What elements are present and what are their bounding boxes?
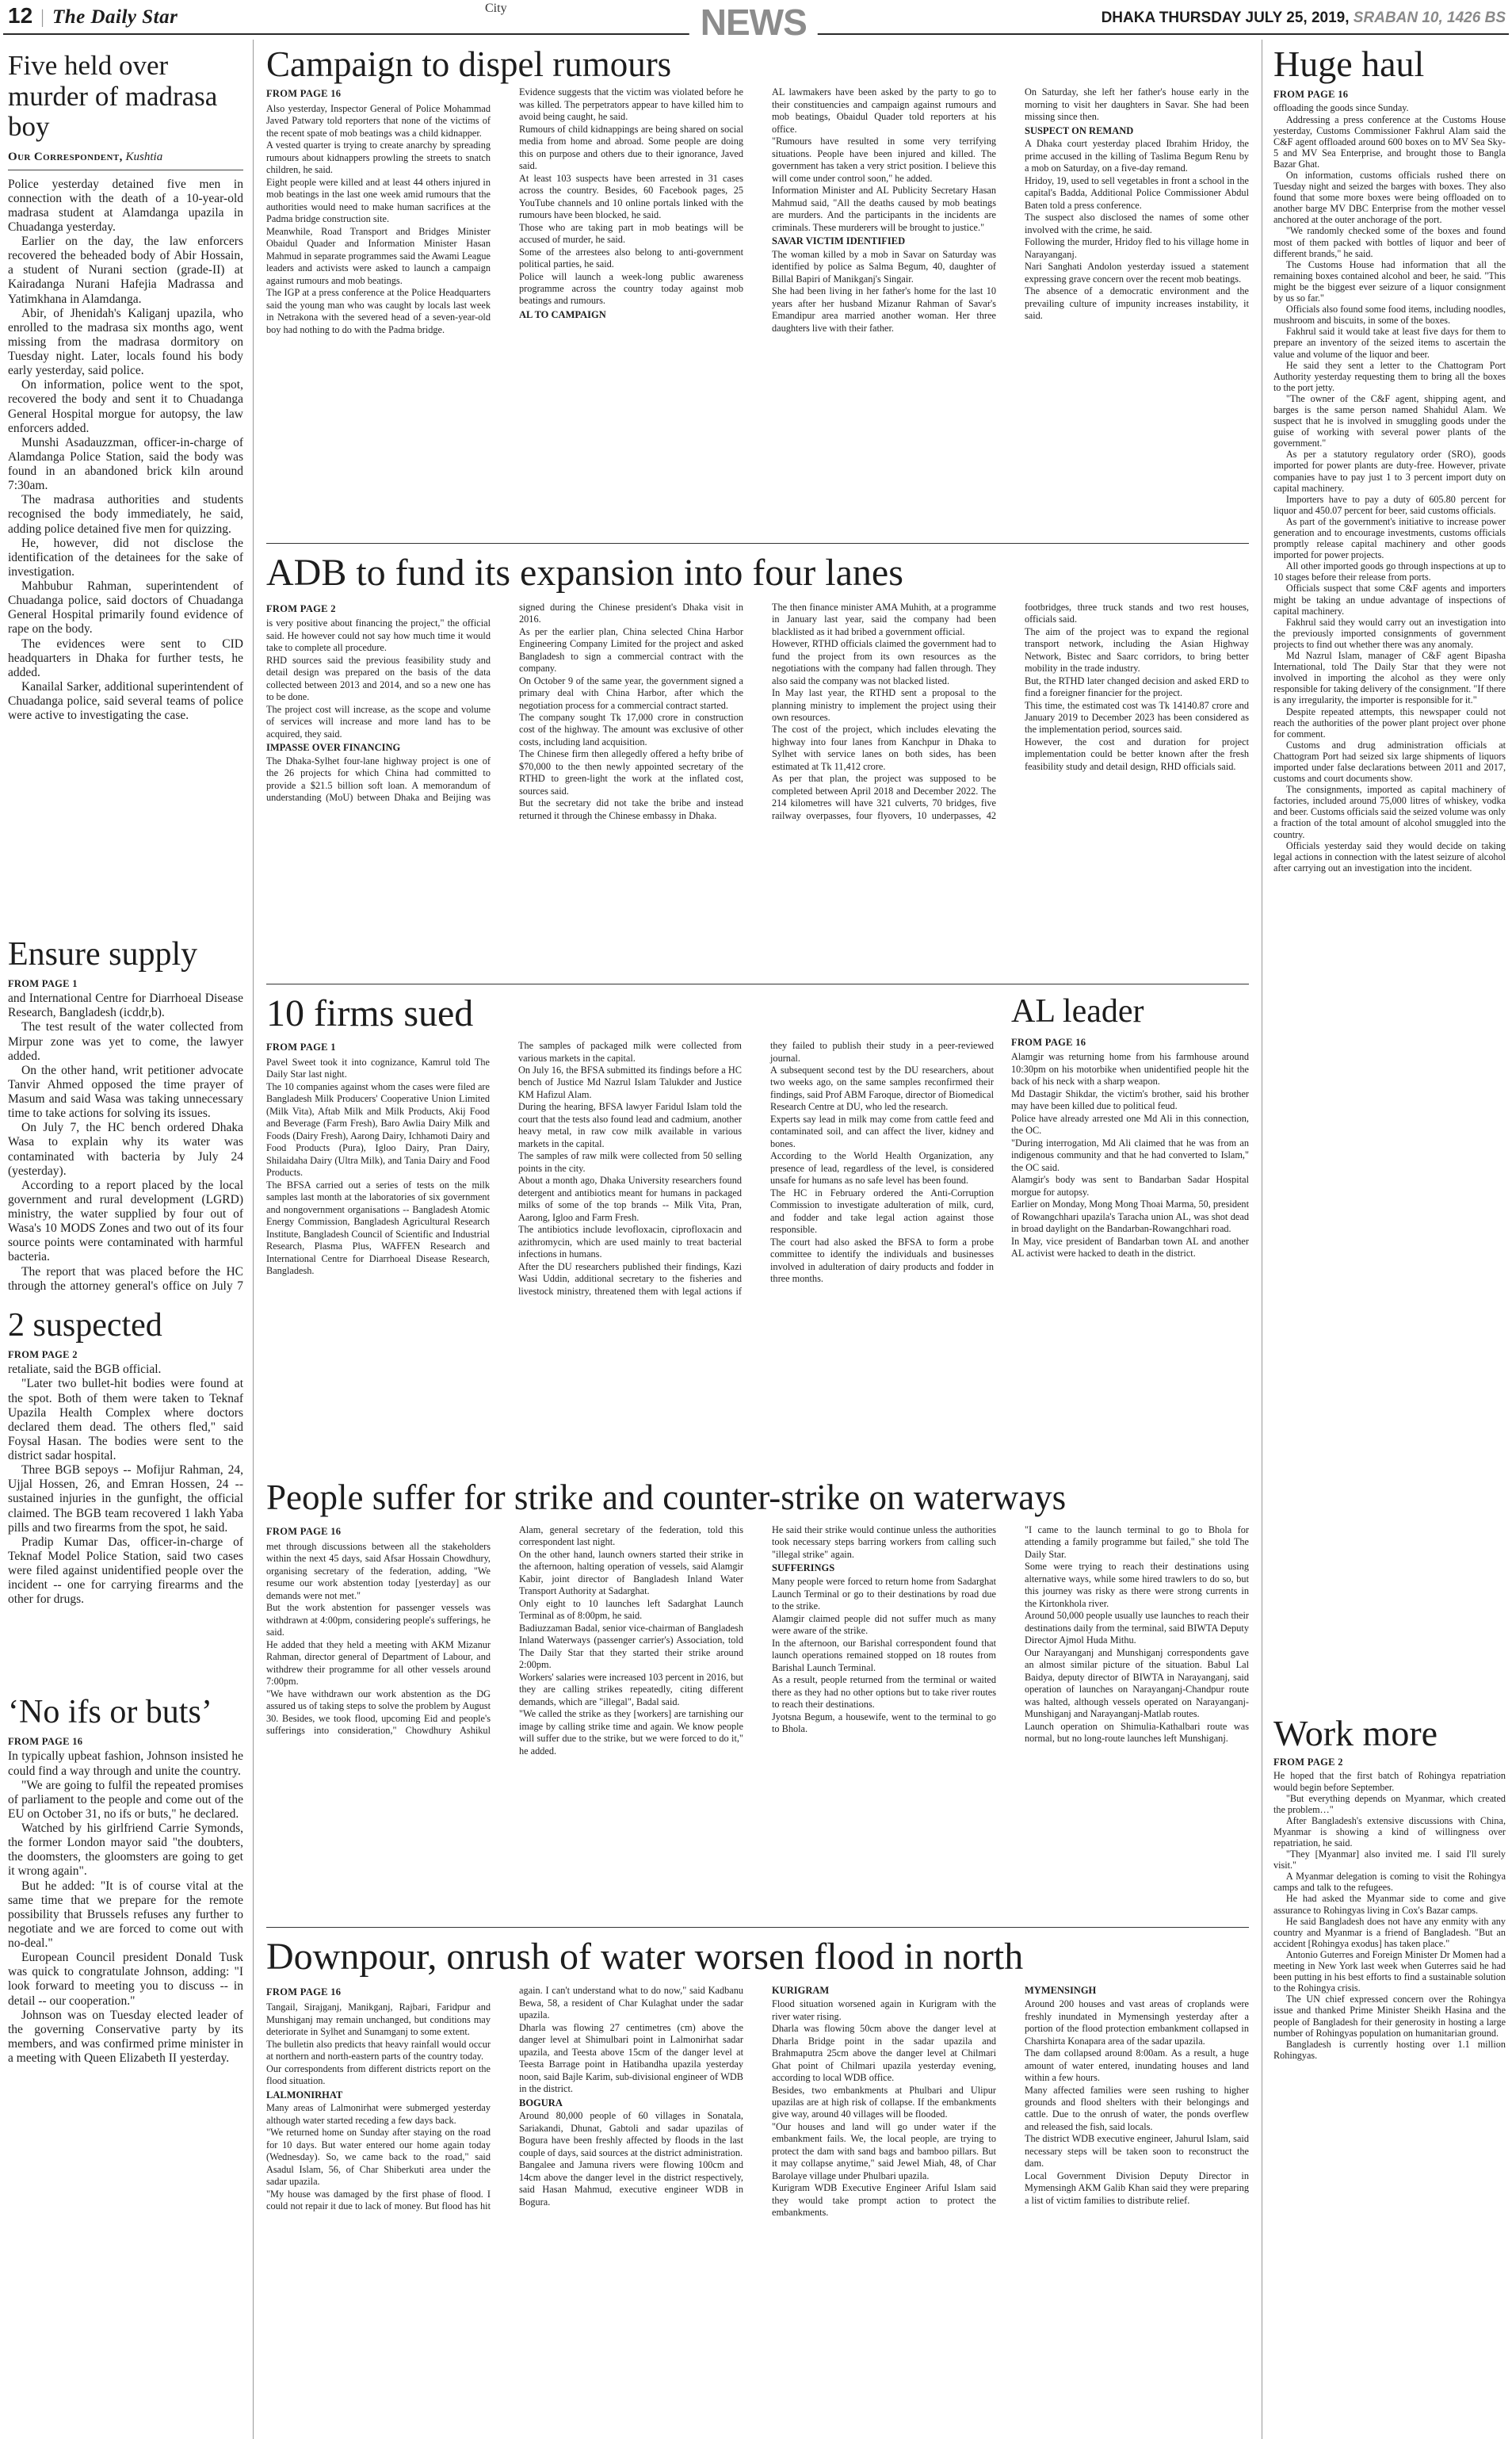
section-kicker: City bbox=[485, 2, 507, 16]
headline: Five held over murder of madrasa boy bbox=[8, 51, 243, 143]
page-number: 12 bbox=[8, 3, 32, 29]
paragraph: On the other hand, launch owners started… bbox=[519, 1549, 743, 1598]
paragraph: Local Government Division Deputy Directo… bbox=[1025, 2170, 1249, 2207]
article-body: FROM PAGE 16 Tangail, Sirajganj, Manikga… bbox=[266, 1985, 1249, 2329]
paragraph: Eight people were killed and at least 44… bbox=[266, 177, 491, 226]
inline-subhead: IMPASSE OVER FINANCING bbox=[266, 742, 491, 755]
paragraph: Officials yesterday said they would deci… bbox=[1273, 840, 1506, 874]
paragraph: offloading the goods since Sunday. bbox=[1273, 102, 1506, 113]
article-no-ifs-or-buts: ‘No ifs or buts’ FROM PAGE 16 In typical… bbox=[8, 1695, 243, 2202]
paragraph: According to the World Health Organizati… bbox=[770, 1150, 994, 1187]
paragraph: "But everything depends on Myanmar, whic… bbox=[1273, 1793, 1506, 1815]
paragraph: As per a statutory regulatory order (SRO… bbox=[1273, 449, 1506, 493]
paragraph: Bangalee and Jamuna rivers were flowing … bbox=[519, 2159, 743, 2208]
paragraph: Workers' salaries were increased 103 per… bbox=[519, 1672, 743, 1708]
paragraph: But the secretary did not take the bribe… bbox=[519, 797, 743, 822]
paragraph: The company sought Tk 17,000 crore in co… bbox=[519, 712, 743, 748]
paragraph: A Myanmar delegation is coming to visit … bbox=[1273, 1871, 1506, 1893]
paragraph: Antonio Guterres and Foreign Minister Dr… bbox=[1273, 1949, 1506, 1994]
paragraph: Only eight to 10 launches left Sadarghat… bbox=[519, 1598, 743, 1623]
paragraph: In the afternoon, our Barishal correspon… bbox=[772, 1638, 996, 1674]
paragraph: The project cost will increase, as the s… bbox=[266, 704, 491, 740]
paragraph: Officials also found some food items, in… bbox=[1273, 304, 1506, 326]
paragraph: European Council president Donald Tusk w… bbox=[8, 1951, 243, 2009]
paragraph: On October 9 of the same year, the gover… bbox=[519, 675, 743, 712]
paragraph: Md Dastagir Shikdar, the victim's brothe… bbox=[1011, 1088, 1249, 1113]
paragraph: She had been living in her father's home… bbox=[772, 285, 996, 335]
dateline: DHAKA THURSDAY JULY 25, 2019, SRABAN 10,… bbox=[1102, 10, 1506, 27]
paragraph: Officials suspect that some C&F agents a… bbox=[1273, 583, 1506, 616]
paragraph: The suspect also disclosed the names of … bbox=[1025, 212, 1249, 236]
paragraph: The Chinese firm then allegedly offered … bbox=[519, 748, 743, 797]
paragraph: Evidence suggests that the victim was vi… bbox=[519, 86, 743, 123]
article-work-more: Work more FROM PAGE 2 He hoped that the … bbox=[1273, 1715, 1506, 2365]
paragraph: At least 103 suspects have been arrested… bbox=[519, 173, 743, 222]
paragraph: The evidences were sent to CID headquart… bbox=[8, 637, 243, 680]
paragraph: The bulletin also predicts that heavy ra… bbox=[266, 2039, 491, 2063]
paragraph: In May, vice president of Bandarban town… bbox=[1011, 1236, 1249, 1260]
paragraph: But he added: "It is of course vital at … bbox=[8, 1879, 243, 1952]
paragraph: The woman killed by a mob in Savar on Sa… bbox=[772, 249, 996, 285]
paragraph: The antibiotics include levofloxacin, ci… bbox=[518, 1224, 742, 1260]
paragraph: Mahbubur Rahman, superintendent of Chuad… bbox=[8, 579, 243, 637]
paragraph: Experts say lead in milk may come from c… bbox=[770, 1114, 994, 1150]
article-five-held: Five held over murder of madrasa boy Our… bbox=[8, 51, 243, 923]
paragraph: The court had also asked the BFSA to for… bbox=[770, 1237, 994, 1286]
paragraph: On Saturday, she left her father's house… bbox=[1025, 86, 1249, 123]
paragraph: The aim of the project was to expand the… bbox=[1025, 626, 1249, 675]
inline-subhead: LALMONIRHAT bbox=[266, 2089, 491, 2102]
paragraph: retaliate, said the BGB official. bbox=[8, 1363, 243, 1377]
paragraph: Many areas of Lalmonirhat were submerged… bbox=[266, 2102, 491, 2127]
paragraph: The cost of the project, which includes … bbox=[772, 724, 996, 773]
paragraph: On the other hand, writ petitioner advoc… bbox=[8, 1064, 243, 1122]
headline: Ensure supply bbox=[8, 937, 243, 972]
newspaper-page: 12 | The Daily Star City NEWS DHAKA THUR… bbox=[0, 0, 1512, 2439]
article-body: FROM PAGE 1 and International Centre for… bbox=[8, 977, 243, 1294]
paragraph: During the hearing, BFSA lawyer Faridul … bbox=[518, 1101, 742, 1150]
article-campaign: Campaign to dispel rumours FROM PAGE 16 … bbox=[266, 40, 1249, 543]
inline-subhead: SUSPECT ON REMAND bbox=[1025, 125, 1249, 138]
paragraph: The dam collapsed around 8:00am. As a re… bbox=[1025, 2047, 1249, 2084]
inline-subhead: MYMENSINGH bbox=[1025, 1985, 1249, 1997]
headline: People suffer for strike and counter-str… bbox=[266, 1479, 1249, 1516]
paragraph: Abir, of Jhenidah's Kaliganj upazila, wh… bbox=[8, 307, 243, 379]
paragraph: "We returned home on Sunday after stayin… bbox=[266, 2127, 491, 2188]
page-content: Five held over murder of madrasa boy Our… bbox=[3, 40, 1509, 2439]
article-people-suffer: People suffer for strike and counter-str… bbox=[266, 1470, 1249, 1927]
paragraph: Those who are taking part in mob beating… bbox=[519, 222, 743, 247]
paragraph: On information, customs officials rushed… bbox=[1273, 170, 1506, 225]
article-body: Police yesterday detained five men in co… bbox=[8, 178, 243, 923]
paragraph: On July 16, the BFSA submitted its findi… bbox=[518, 1065, 742, 1101]
paragraph: The UN chief expressed concern over the … bbox=[1273, 1994, 1506, 2038]
continuation-kicker: FROM PAGE 16 bbox=[1011, 1037, 1249, 1049]
paragraph: Tangail, Sirajganj, Manikganj, Rajbari, … bbox=[266, 2001, 491, 2038]
paragraph: He said their strike would continue unle… bbox=[772, 1524, 996, 1561]
article-body: FROM PAGE 16 Also yesterday, Inspector G… bbox=[266, 86, 1249, 537]
article-two-suspected: 2 suspected FROM PAGE 2 retaliate, said … bbox=[8, 1308, 243, 1680]
masthead-logo: The Daily Star bbox=[52, 6, 178, 29]
paragraph: Md Nazrul Islam, manager of C&F agent Bi… bbox=[1273, 650, 1506, 705]
article-body: FROM PAGE 2 He hoped that the first batc… bbox=[1273, 1755, 1506, 2365]
paragraph: Police have already arrested one Md Ali … bbox=[1011, 1113, 1249, 1137]
paragraph: Fakhrul said it would take at least five… bbox=[1273, 326, 1506, 359]
continuation-kicker: FROM PAGE 16 bbox=[8, 1736, 243, 1748]
paragraph: Also yesterday, Inspector General of Pol… bbox=[266, 103, 491, 140]
paragraph: Police will launch a week-long public aw… bbox=[519, 271, 743, 308]
continuation-kicker: FROM PAGE 16 bbox=[266, 1986, 491, 1999]
article-ten-firms-sued: 10 firms sued FROM PAGE 1 Pavel Sweet to… bbox=[266, 989, 1011, 1463]
paragraph: Launch operation on Shimulia-Kathalbari … bbox=[1025, 1721, 1249, 1745]
headline: 10 firms sued bbox=[266, 994, 994, 1034]
byline: Our Correspondent, Kushtia bbox=[8, 151, 243, 170]
continuation-kicker: FROM PAGE 1 bbox=[266, 1042, 490, 1054]
continuation-kicker: FROM PAGE 2 bbox=[1273, 1757, 1506, 1768]
continuation-kicker: FROM PAGE 16 bbox=[266, 1526, 491, 1539]
paragraph: Fakhrul said they would carry out an inv… bbox=[1273, 617, 1506, 650]
paragraph: "We called the strike as they [workers] … bbox=[519, 1708, 743, 1757]
paragraph: "Later two bullet-hit bodies were found … bbox=[8, 1377, 243, 1463]
paragraph: Despite repeated attempts, this newspape… bbox=[1273, 706, 1506, 740]
headline: Work more bbox=[1273, 1715, 1506, 1752]
paragraph: Dharla was flowing 27 centimetres (cm) a… bbox=[519, 2022, 743, 2096]
paragraph: The 10 companies against whom the cases … bbox=[266, 1081, 490, 1179]
paragraph: He, however, did not disclose the identi… bbox=[8, 537, 243, 579]
paragraph: A subsequent second test by the DU resea… bbox=[770, 1065, 994, 1114]
folio-divider: | bbox=[40, 7, 44, 29]
paragraph: Watched by his girlfriend Carrie Symonds… bbox=[8, 1822, 243, 1879]
inline-subhead: SUFFERINGS bbox=[772, 1562, 996, 1575]
paragraph: Around 50,000 people usually use launche… bbox=[1025, 1610, 1249, 1646]
paragraph: As part of the government's initiative t… bbox=[1273, 516, 1506, 560]
paragraph: Bangladesh is currently hosting over 1.1… bbox=[1273, 2039, 1506, 2061]
headline: Huge haul bbox=[1273, 46, 1506, 82]
inline-subhead: SAVAR VICTIM IDENTIFIED bbox=[772, 235, 996, 248]
paragraph: Alamgir's body was sent to Bandarban Sad… bbox=[1011, 1174, 1249, 1198]
paragraph: As a result, people returned from the te… bbox=[772, 1674, 996, 1711]
paragraph: Following the murder, Hridoy fled to his… bbox=[1025, 236, 1249, 261]
paragraph: "We randomly checked some of the boxes a… bbox=[1273, 225, 1506, 258]
dateline-date: DHAKA THURSDAY JULY 25, 2019, bbox=[1102, 10, 1354, 26]
paragraph: is very positive about financing the pro… bbox=[266, 617, 491, 654]
paragraph: The IGP at a press conference at the Pol… bbox=[266, 287, 491, 336]
paragraph: He had asked the Myanmar side to come an… bbox=[1273, 1893, 1506, 1915]
paragraph: "We are going to fulfil the repeated pro… bbox=[8, 1779, 243, 1822]
article-body: FROM PAGE 2 is very positive about finan… bbox=[266, 602, 1249, 977]
paragraph: In May last year, the RTHD sent a propos… bbox=[772, 687, 996, 724]
paragraph: About a month ago, Dhaka University rese… bbox=[518, 1175, 742, 1224]
inline-subhead: BOGURA bbox=[519, 2097, 743, 2110]
headline: ‘No ifs or buts’ bbox=[8, 1695, 243, 1730]
article-al-leader: AL leader FROM PAGE 16 Alamgir was retur… bbox=[1011, 989, 1249, 1463]
headline: ADB to fund its expansion into four lane… bbox=[266, 553, 1131, 593]
paragraph: Meanwhile, Road Transport and Bridges Mi… bbox=[266, 226, 491, 287]
inline-subhead: KURIGRAM bbox=[772, 1985, 996, 1997]
continuation-kicker: FROM PAGE 16 bbox=[266, 88, 491, 101]
paragraph: The consignments, imported as capital ma… bbox=[1273, 784, 1506, 839]
paragraph: The Customs House had information that a… bbox=[1273, 259, 1506, 304]
paragraph: The BFSA carried out a series of tests o… bbox=[266, 1179, 490, 1278]
paragraph: AL lawmakers have been asked by the part… bbox=[772, 86, 996, 136]
paragraph: Johnson was on Tuesday elected leader of… bbox=[8, 2009, 243, 2066]
paragraph: He said Bangladesh does not have any enm… bbox=[1273, 1916, 1506, 1949]
paragraph: Rumours of child kidnappings are being s… bbox=[519, 124, 743, 173]
paragraph: "They [Myanmar] also invited me. I said … bbox=[1273, 1848, 1506, 1871]
paragraph: On information, police went to the spot,… bbox=[8, 378, 243, 436]
paragraph: The district WDB executive engineer, Jah… bbox=[1025, 2133, 1249, 2169]
paragraph: Nari Sanghati Andolon yesterday issued a… bbox=[1025, 261, 1249, 285]
paragraph: However, RTHD officials claimed the gove… bbox=[772, 638, 996, 687]
paragraph: Flood situation worsened again in Kurigr… bbox=[772, 1998, 996, 2023]
paragraph: Some were trying to reach their destinat… bbox=[1025, 1561, 1249, 1610]
paragraph: Some of the arrestees also belong to ant… bbox=[519, 247, 743, 271]
paragraph: The samples of packaged milk were collec… bbox=[518, 1040, 742, 1065]
paragraph: Many affected families were seen rushing… bbox=[1025, 2085, 1249, 2134]
article-body: FROM PAGE 2 retaliate, said the BGB offi… bbox=[8, 1348, 243, 1680]
paragraph: But the work abstention for passenger ve… bbox=[266, 1602, 491, 1638]
middle-columns: Campaign to dispel rumours FROM PAGE 16 … bbox=[254, 40, 1262, 2439]
paragraph: He said they sent a letter to the Chatto… bbox=[1273, 360, 1506, 393]
paragraph: He hoped that the first batch of Rohingy… bbox=[1273, 1770, 1506, 1792]
paragraph: According to a report placed by the loca… bbox=[8, 1179, 243, 1265]
continuation-kicker: FROM PAGE 16 bbox=[1273, 89, 1506, 100]
article-body: FROM PAGE 16 In typically upbeat fashion… bbox=[8, 1734, 243, 2202]
paragraph: Besides, two embankments at Phulbari and… bbox=[772, 2085, 996, 2121]
continuation-kicker: FROM PAGE 2 bbox=[8, 1349, 243, 1361]
paragraph: RHD sources said the previous feasibilit… bbox=[266, 655, 491, 704]
paragraph: The then finance minister AMA Muhith, at… bbox=[772, 602, 996, 638]
article-body: FROM PAGE 16 met through discussions bet… bbox=[266, 1524, 1249, 1921]
paragraph: Around 80,000 people of 60 villages in S… bbox=[519, 2110, 743, 2159]
paragraph: Jyotsna Begum, a housewife, went to the … bbox=[772, 1711, 996, 1736]
article-body: FROM PAGE 16 offloading the goods since … bbox=[1273, 87, 1506, 1704]
article-ensure-supply: Ensure supply FROM PAGE 1 and Internatio… bbox=[8, 937, 243, 1294]
paragraph: Importers have to pay a duty of 605.80 p… bbox=[1273, 494, 1506, 516]
paragraph: The samples of raw milk were collected f… bbox=[518, 1150, 742, 1175]
headline: Downpour, onrush of water worsen flood i… bbox=[266, 1937, 1170, 1977]
folio-left: 12 | The Daily Star bbox=[8, 3, 178, 29]
paragraph: Police yesterday detained five men in co… bbox=[8, 178, 243, 235]
paragraph: He added that they held a meeting with A… bbox=[266, 1639, 491, 1688]
paragraph: A vested quarter is trying to create ana… bbox=[266, 140, 491, 176]
paragraph: After Bangladesh's extensive discussions… bbox=[1273, 1815, 1506, 1848]
continuation-kicker: FROM PAGE 2 bbox=[266, 603, 491, 616]
paragraph: met through discussions between all the … bbox=[266, 1541, 491, 1602]
paragraph: As per the earlier plan, China selected … bbox=[519, 626, 743, 675]
byline-author: Our Correspondent, bbox=[8, 151, 123, 163]
paragraph: Hridoy, 19, used to sell vegetables in f… bbox=[1025, 175, 1249, 212]
paragraph: But, the RTHD later changed decision and… bbox=[1025, 675, 1249, 700]
paragraph: Our correspondents from different distri… bbox=[266, 2063, 491, 2088]
paragraph: Our Narayanganj and Munshiganj correspon… bbox=[1025, 1647, 1249, 1721]
paragraph: Many people were forced to return home f… bbox=[772, 1576, 996, 1612]
paragraph: The HC in February ordered the Anti-Corr… bbox=[770, 1187, 994, 1237]
paragraph: "I came to the launch terminal to go to … bbox=[1025, 1524, 1249, 1561]
dateline-bangla-date: SRABAN 10, 1426 BS bbox=[1354, 10, 1506, 26]
article-body: FROM PAGE 16 Alamgir was returning home … bbox=[1011, 1035, 1249, 1463]
headline: AL leader bbox=[1011, 994, 1249, 1029]
right-column: Huge haul FROM PAGE 16 offloading the go… bbox=[1262, 40, 1509, 2439]
paragraph: Munshi Asadauzzman, officer-in-charge of… bbox=[8, 436, 243, 494]
paragraph: A Dhaka court yesterday placed Ibrahim H… bbox=[1025, 138, 1249, 174]
section-title: NEWS bbox=[689, 2, 818, 43]
paragraph: Alamgir claimed people did not suffer mu… bbox=[772, 1613, 996, 1638]
paragraph: Badiuzzaman Badal, senior vice-chairman … bbox=[519, 1623, 743, 1672]
headline: 2 suspected bbox=[8, 1308, 243, 1343]
page-header: 12 | The Daily Star City NEWS DHAKA THUR… bbox=[3, 0, 1509, 40]
article-downpour-flood: Downpour, onrush of water worsen flood i… bbox=[266, 1927, 1249, 2335]
paragraph: Earlier on Monday, Mong Mong Thoai Marma… bbox=[1011, 1198, 1249, 1235]
paragraph: "During interrogation, Md Ali claimed th… bbox=[1011, 1137, 1249, 1174]
article-adb-four-lanes: ADB to fund its expansion into four lane… bbox=[266, 543, 1249, 983]
continuation-kicker: FROM PAGE 1 bbox=[8, 978, 243, 990]
middle-row-three: 10 firms sued FROM PAGE 1 Pavel Sweet to… bbox=[266, 984, 1249, 1470]
paragraph: Information Minister and AL Publicity Se… bbox=[772, 185, 996, 234]
paragraph: Around 200 houses and vast areas of crop… bbox=[1025, 1998, 1249, 2047]
paragraph: Customs and drug administration official… bbox=[1273, 740, 1506, 784]
byline-location: Kushtia bbox=[123, 151, 162, 163]
paragraph: "Rumours have resulted in some very terr… bbox=[772, 136, 996, 185]
paragraph: In typically upbeat fashion, Johnson ins… bbox=[8, 1749, 243, 1778]
paragraph: Pradip Kumar Das, officer-in-charge of T… bbox=[8, 1535, 243, 1608]
paragraph: Earlier on the day, the law enforcers re… bbox=[8, 235, 243, 307]
paragraph: "Our houses and land will go under water… bbox=[772, 2121, 996, 2182]
paragraph: Dharla was flowing 50cm above the danger… bbox=[772, 2023, 996, 2084]
paragraph: The absence of a democratic environment … bbox=[1025, 285, 1249, 322]
paragraph: This time, the estimated cost was Tk 141… bbox=[1025, 700, 1249, 736]
paragraph: Three BGB sepoys -- Mofijur Rahman, 24, … bbox=[8, 1463, 243, 1535]
paragraph: Alamgir was returning home from his farm… bbox=[1011, 1051, 1249, 1088]
paragraph: Pavel Sweet took it into cognizance, Kam… bbox=[266, 1057, 490, 1081]
paragraph: All other imported goods go through insp… bbox=[1273, 560, 1506, 583]
article-huge-haul: Huge haul FROM PAGE 16 offloading the go… bbox=[1273, 46, 1506, 1704]
paragraph: The madrasa authorities and students rec… bbox=[8, 493, 243, 536]
paragraph: and International Centre for Diarrhoeal … bbox=[8, 992, 243, 1020]
paragraph: Kurigram WDB Executive Engineer Ariful I… bbox=[772, 2182, 996, 2219]
inline-subhead: AL TO CAMPAIGN bbox=[519, 309, 743, 322]
paragraph: Kanailal Sarker, additional superintende… bbox=[8, 680, 243, 723]
paragraph: Addressing a press conference at the Cus… bbox=[1273, 114, 1506, 170]
paragraph: On July 7, the HC bench ordered Dhaka Wa… bbox=[8, 1121, 243, 1179]
paragraph: However, the cost and duration for proje… bbox=[1025, 736, 1249, 773]
article-body: FROM PAGE 1 Pavel Sweet took it into cog… bbox=[266, 1040, 994, 1462]
headline: Campaign to dispel rumours bbox=[266, 46, 876, 83]
left-column: Five held over murder of madrasa boy Our… bbox=[3, 40, 254, 2439]
paragraph: "The owner of the C&F agent, shipping ag… bbox=[1273, 393, 1506, 449]
paragraph: The report that was placed before the HC… bbox=[8, 1265, 243, 1294]
paragraph: The test result of the water collected f… bbox=[8, 1020, 243, 1063]
